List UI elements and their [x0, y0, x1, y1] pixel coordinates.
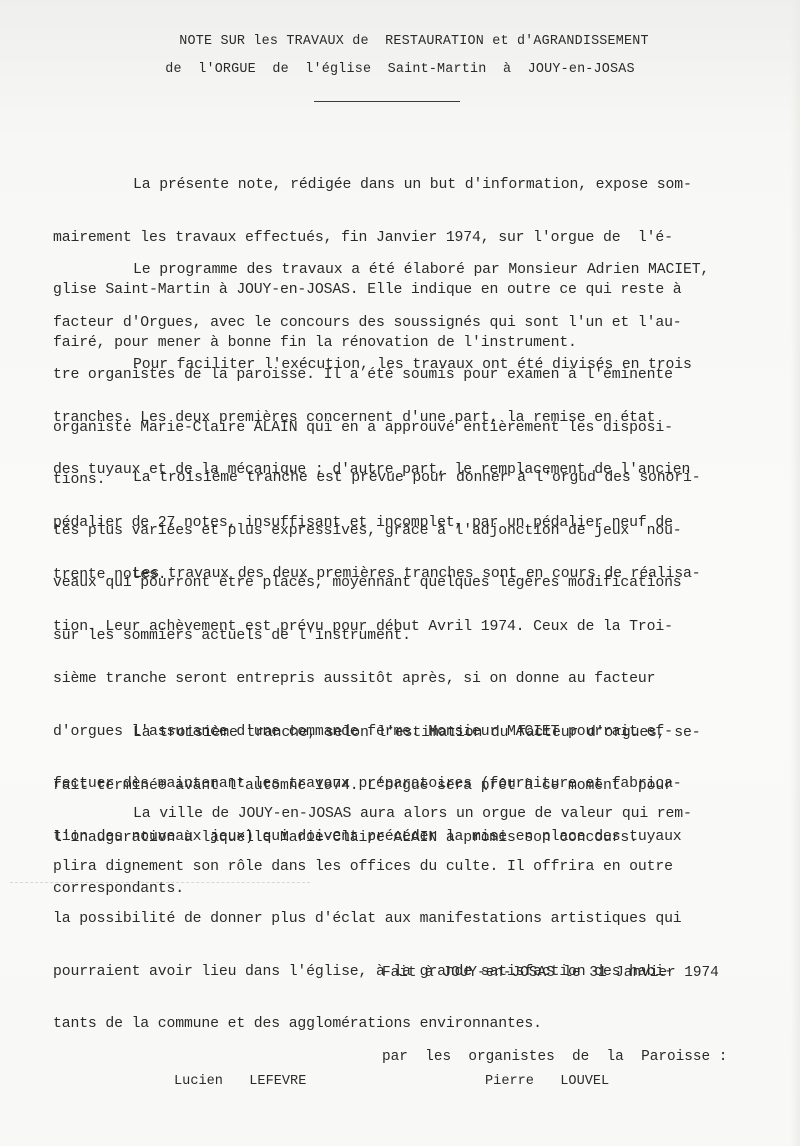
paragraph-line: La troisième tranche est prévue pour don… — [53, 470, 793, 488]
by-line: par les organistes de la Paroisse : — [382, 1043, 727, 1071]
paragraph-line: La ville de JOUY-en-JOSAS aura alors un … — [53, 806, 793, 824]
paragraph-line: La présente note, rédigée dans un but d'… — [53, 177, 793, 195]
paragraph-line: plira dignement son rôle dans les office… — [53, 859, 793, 877]
paragraph-line: Le programme des travaux a été élaboré p… — [53, 262, 793, 280]
signatory-name: Pierre LOUVEL — [485, 1074, 609, 1089]
closing-block: Fait à JOUY-en-JOSAS le 31 Janvier 1974 … — [382, 903, 727, 1127]
paragraph-line: La troisième tranche, selon l'estimation… — [53, 725, 793, 743]
paragraph-line: tranches. Les deux premières concernent … — [53, 410, 793, 428]
paragraph-line: Pour faciliter l'exécution, les travaux … — [53, 357, 793, 375]
document-title-line-2: de l'ORGUE de l'église Saint-Martin à JO… — [0, 62, 800, 77]
document-title-line-1: NOTE SUR les TRAVAUX de RESTAURATION et … — [14, 34, 800, 49]
document-page: NOTE SUR les TRAVAUX de RESTAURATION et … — [0, 0, 800, 1146]
place-date-line: Fait à JOUY-en-JOSAS le 31 Janvier 1974 — [382, 959, 727, 987]
signatory-name: Lucien LEFEVRE — [174, 1074, 306, 1089]
paragraph-line: sième tranche seront entrepris aussitôt … — [53, 671, 793, 689]
scan-smudge-line — [10, 882, 310, 884]
paragraph-line: Les travaux des deux premières tranches … — [53, 566, 793, 584]
paragraph-line: tion. Leur achèvement est prévu pour déb… — [53, 619, 793, 637]
title-underline-rule — [314, 101, 460, 102]
